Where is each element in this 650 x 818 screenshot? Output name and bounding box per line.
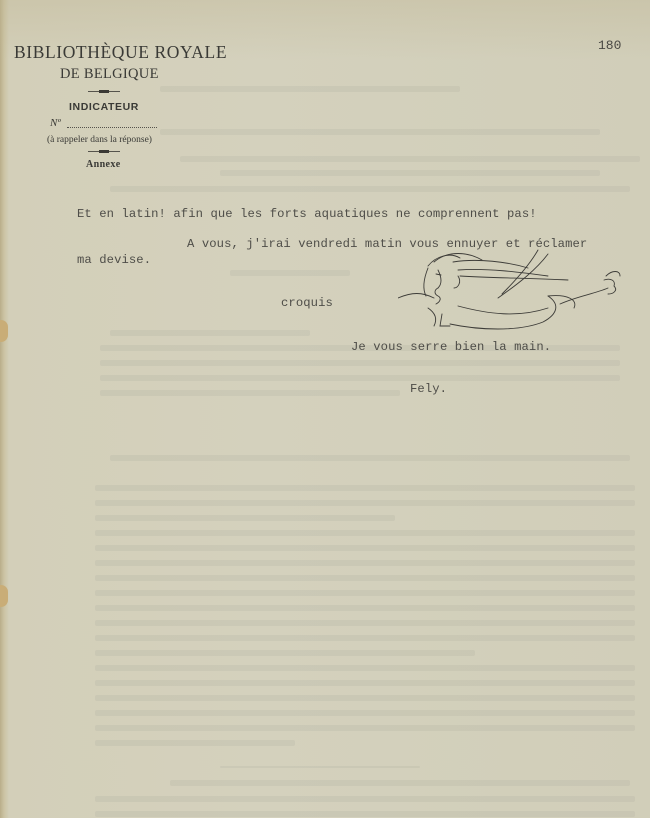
indicator-label: INDICATEUR xyxy=(69,101,139,113)
flying-figure-sketch-icon xyxy=(398,248,623,332)
recall-note: (à rappeler dans la réponse) xyxy=(47,135,152,145)
letter-line-3: ma devise. xyxy=(77,253,151,267)
institution-name: BIBLIOTHÈQUE ROYALE xyxy=(14,42,227,63)
document-page: BIBLIOTHÈQUE ROYALE DE BELGIQUE INDICATE… xyxy=(0,0,650,818)
institution-country: DE BELGIQUE xyxy=(60,66,159,83)
annex-label: Annexe xyxy=(86,159,121,170)
closing-line: Je vous serre bien la main. xyxy=(351,340,551,354)
number-blank-line xyxy=(67,127,157,128)
binding-hole xyxy=(0,320,8,342)
signature: Fely. xyxy=(410,382,447,396)
sketch-caption: croquis xyxy=(281,296,333,310)
letter-line-1: Et en latin! afin que les forts aquatiqu… xyxy=(77,207,537,221)
letterhead-divider xyxy=(88,151,120,152)
folio-number: 180 xyxy=(598,38,621,53)
number-label: Nº xyxy=(50,117,61,129)
binding-hole xyxy=(0,585,8,607)
letterhead-divider xyxy=(88,91,120,92)
